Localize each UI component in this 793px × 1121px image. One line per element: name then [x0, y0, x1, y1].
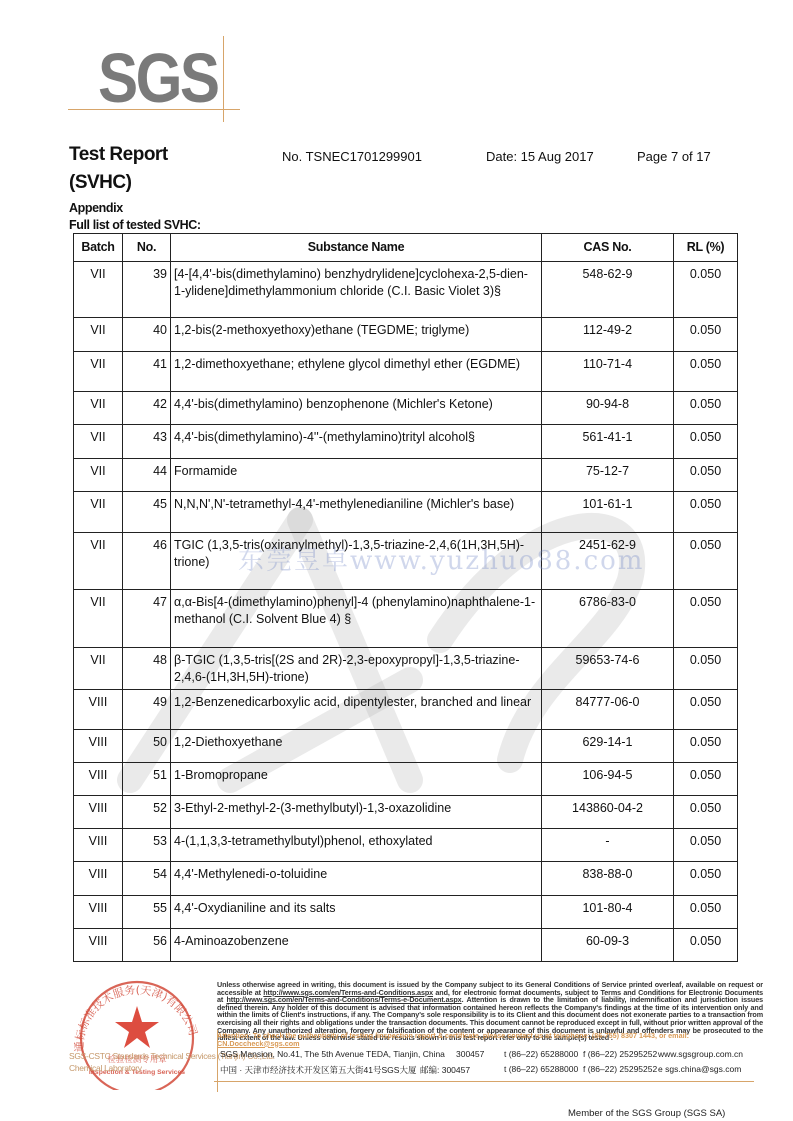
substance-name-cell: N,N,N',N'-tetramethyl-4,4'-methylenedian… [171, 491, 542, 532]
batch-cell: VIII [74, 729, 123, 762]
number-cell: 48 [123, 647, 171, 689]
report-subtitle: (SVHC) [69, 172, 131, 194]
table-row: VII48β-TGIC (1,3,5-tris[(2S and 2R)-2,3-… [74, 647, 738, 689]
postcode-en: 300457 [456, 1049, 484, 1059]
table-row: VII434,4'-bis(dimethylamino)-4''-(methyl… [74, 424, 738, 458]
column-header-no: No. [123, 234, 171, 262]
column-header-cas: CAS No. [542, 234, 674, 262]
cas-number-cell: 2451-62-9 [542, 532, 674, 589]
footer-horizontal-rule [214, 1081, 754, 1082]
table-row: VII401,2-bis(2-methoxyethoxy)ethane (TEG… [74, 317, 738, 351]
reporting-limit-cell: 0.050 [674, 317, 738, 351]
number-cell: 46 [123, 532, 171, 589]
appendix-heading: Appendix [69, 201, 123, 215]
table-row: VII424,4'-bis(dimethylamino) benzophenon… [74, 391, 738, 424]
substance-name-cell: 4-Aminoazobenzene [171, 928, 542, 961]
number-cell: 56 [123, 928, 171, 961]
cas-number-cell: 112-49-2 [542, 317, 674, 351]
reporting-limit-cell: 0.050 [674, 424, 738, 458]
table-row: VII45N,N,N',N'-tetramethyl-4,4'-methylen… [74, 491, 738, 532]
logo-horizontal-rule [68, 109, 240, 110]
postcode-cn: 邮编: 300457 [420, 1064, 470, 1076]
reporting-limit-cell: 0.050 [674, 589, 738, 647]
substance-name-cell: α,α-Bis[4-(dimethylamino)phenyl]-4 (phen… [171, 589, 542, 647]
table-row: VII44Formamide75-12-70.050 [74, 458, 738, 491]
number-cell: 41 [123, 351, 171, 391]
batch-cell: VII [74, 424, 123, 458]
number-cell: 45 [123, 491, 171, 532]
reporting-limit-cell: 0.050 [674, 928, 738, 961]
number-cell: 51 [123, 762, 171, 795]
telephone: t (86–22) 65288000 [504, 1049, 578, 1059]
reporting-limit-cell: 0.050 [674, 861, 738, 895]
table-row: VIII544,4'-Methylenedi-o-toluidine838-88… [74, 861, 738, 895]
substance-name-cell: 4-(1,1,3,3-tetramethylbutyl)phenol, etho… [171, 828, 542, 861]
table-row: VIII564-Aminoazobenzene60-09-30.050 [74, 928, 738, 961]
fax: f (86–22) 25295252 [583, 1049, 657, 1059]
batch-cell: VII [74, 589, 123, 647]
cas-number-cell: 101-61-1 [542, 491, 674, 532]
number-cell: 47 [123, 589, 171, 647]
reporting-limit-cell: 0.050 [674, 762, 738, 795]
cas-number-cell: 143860-04-2 [542, 795, 674, 828]
substance-name-cell: 4,4'-bis(dimethylamino) benzophenone (Mi… [171, 391, 542, 424]
number-cell: 40 [123, 317, 171, 351]
batch-cell: VII [74, 317, 123, 351]
doccheck-email-link[interactable]: CN.Doccheck@sgs.com [217, 1039, 300, 1048]
list-heading: Full list of tested SVHC: [69, 218, 201, 232]
cas-number-cell: 84777-06-0 [542, 689, 674, 729]
authenticity-notice: Attention: To check the authenticity of … [217, 1032, 763, 1047]
table-body: VII39[4-[4,4'-bis(dimethylamino) benzhyd… [74, 261, 738, 961]
batch-cell: VIII [74, 762, 123, 795]
reporting-limit-cell: 0.050 [674, 458, 738, 491]
sgs-logo: SGS [68, 36, 240, 122]
cas-number-cell: 59653-74-6 [542, 647, 674, 689]
batch-cell: VII [74, 647, 123, 689]
substance-name-cell: 1,2-dimethoxyethane; ethylene glycol dim… [171, 351, 542, 391]
number-cell: 42 [123, 391, 171, 424]
cas-number-cell: 548-62-9 [542, 261, 674, 317]
batch-cell: VIII [74, 795, 123, 828]
cas-number-cell: 90-94-8 [542, 391, 674, 424]
sgs-membership: Member of the SGS Group (SGS SA) [568, 1108, 725, 1119]
number-cell: 49 [123, 689, 171, 729]
table-row: VIII491,2-Benzenedicarboxylic acid, dipe… [74, 689, 738, 729]
reporting-limit-cell: 0.050 [674, 391, 738, 424]
sgs-logo-text: SGS [98, 40, 217, 116]
table-row: VII39[4-[4,4'-bis(dimethylamino) benzhyd… [74, 261, 738, 317]
reporting-limit-cell: 0.050 [674, 491, 738, 532]
address-en: SGS Mansion, No.41, The 5th Avenue TEDA,… [220, 1049, 445, 1059]
substance-name-cell: TGIC (1,3,5-tris(oxiranylmethyl)-1,3,5-t… [171, 532, 542, 589]
cas-number-cell: 101-80-4 [542, 895, 674, 928]
table-row: VIII523-Ethyl-2-methyl-2-(3-methylbutyl)… [74, 795, 738, 828]
substance-name-cell: 4,4'-Oxydianiline and its salts [171, 895, 542, 928]
substance-name-cell: 4,4'-bis(dimethylamino)-4''-(methylamino… [171, 424, 542, 458]
fax-cn: f (86–22) 25295252 [583, 1064, 657, 1074]
batch-cell: VIII [74, 861, 123, 895]
svhc-table: Batch No. Substance Name CAS No. RL (%) … [73, 233, 738, 962]
batch-cell: VIII [74, 928, 123, 961]
report-number: No. TSNEC1701299901 [282, 149, 422, 164]
column-header-batch: Batch [74, 234, 123, 262]
reporting-limit-cell: 0.050 [674, 795, 738, 828]
substance-name-cell: 3-Ethyl-2-methyl-2-(3-methylbutyl)-1,3-o… [171, 795, 542, 828]
table-row: VIII511-Bromopropane106-94-50.050 [74, 762, 738, 795]
number-cell: 44 [123, 458, 171, 491]
table-row: VIII554,4'-Oxydianiline and its salts101… [74, 895, 738, 928]
website-link[interactable]: www.sgsgroup.com.cn [658, 1049, 743, 1059]
number-cell: 43 [123, 424, 171, 458]
table-row: VIII534-(1,1,3,3-tetramethylbutyl)phenol… [74, 828, 738, 861]
cas-number-cell: 629-14-1 [542, 729, 674, 762]
substance-name-cell: Formamide [171, 458, 542, 491]
reporting-limit-cell: 0.050 [674, 895, 738, 928]
substance-name-cell: [4-[4,4'-bis(dimethylamino) benzhydrylid… [171, 261, 542, 317]
page-indicator: Page 7 of 17 [637, 149, 711, 164]
cas-number-cell: - [542, 828, 674, 861]
number-cell: 54 [123, 861, 171, 895]
telephone-cn: t (86–22) 65288000 [504, 1064, 578, 1074]
report-date: Date: 15 Aug 2017 [486, 149, 594, 164]
batch-cell: VII [74, 391, 123, 424]
batch-cell: VII [74, 351, 123, 391]
number-cell: 53 [123, 828, 171, 861]
cas-number-cell: 110-71-4 [542, 351, 674, 391]
substance-name-cell: 1,2-Benzenedicarboxylic acid, dipentyles… [171, 689, 542, 729]
batch-cell: VIII [74, 689, 123, 729]
cas-number-cell: 6786-83-0 [542, 589, 674, 647]
address-cn: 中国 · 天津市经济技术开发区第五大街41号SGS大厦 [220, 1064, 416, 1076]
report-title: Test Report [69, 144, 168, 166]
reporting-limit-cell: 0.050 [674, 532, 738, 589]
batch-cell: VII [74, 458, 123, 491]
table-header-row: Batch No. Substance Name CAS No. RL (%) [74, 234, 738, 262]
batch-cell: VIII [74, 828, 123, 861]
number-cell: 52 [123, 795, 171, 828]
batch-cell: VIII [74, 895, 123, 928]
cas-number-cell: 75-12-7 [542, 458, 674, 491]
table-row: VII47α,α-Bis[4-(dimethylamino)phenyl]-4 … [74, 589, 738, 647]
substance-name-cell: 1-Bromopropane [171, 762, 542, 795]
substance-name-cell: 1,2-Diethoxyethane [171, 729, 542, 762]
batch-cell: VII [74, 532, 123, 589]
number-cell: 50 [123, 729, 171, 762]
reporting-limit-cell: 0.050 [674, 828, 738, 861]
substance-name-cell: β-TGIC (1,3,5-tris[(2S and 2R)-2,3-epoxy… [171, 647, 542, 689]
footer-vertical-rule [217, 1030, 218, 1092]
cas-number-cell: 838-88-0 [542, 861, 674, 895]
table-row: VII411,2-dimethoxyethane; ethylene glyco… [74, 351, 738, 391]
number-cell: 39 [123, 261, 171, 317]
column-header-substance: Substance Name [171, 234, 542, 262]
cas-number-cell: 561-41-1 [542, 424, 674, 458]
reporting-limit-cell: 0.050 [674, 729, 738, 762]
logo-vertical-rule [223, 36, 224, 122]
reporting-limit-cell: 0.050 [674, 647, 738, 689]
number-cell: 55 [123, 895, 171, 928]
reporting-limit-cell: 0.050 [674, 689, 738, 729]
reporting-limit-cell: 0.050 [674, 261, 738, 317]
column-header-rl: RL (%) [674, 234, 738, 262]
substance-name-cell: 4,4'-Methylenedi-o-toluidine [171, 861, 542, 895]
batch-cell: VII [74, 491, 123, 532]
substance-name-cell: 1,2-bis(2-methoxyethoxy)ethane (TEGDME; … [171, 317, 542, 351]
batch-cell: VII [74, 261, 123, 317]
reporting-limit-cell: 0.050 [674, 351, 738, 391]
table-row: VIII501,2-Diethoxyethane629-14-10.050 [74, 729, 738, 762]
table-row: VII46TGIC (1,3,5-tris(oxiranylmethyl)-1,… [74, 532, 738, 589]
email-link[interactable]: e sgs.china@sgs.com [658, 1064, 741, 1074]
cas-number-cell: 106-94-5 [542, 762, 674, 795]
cas-number-cell: 60-09-3 [542, 928, 674, 961]
